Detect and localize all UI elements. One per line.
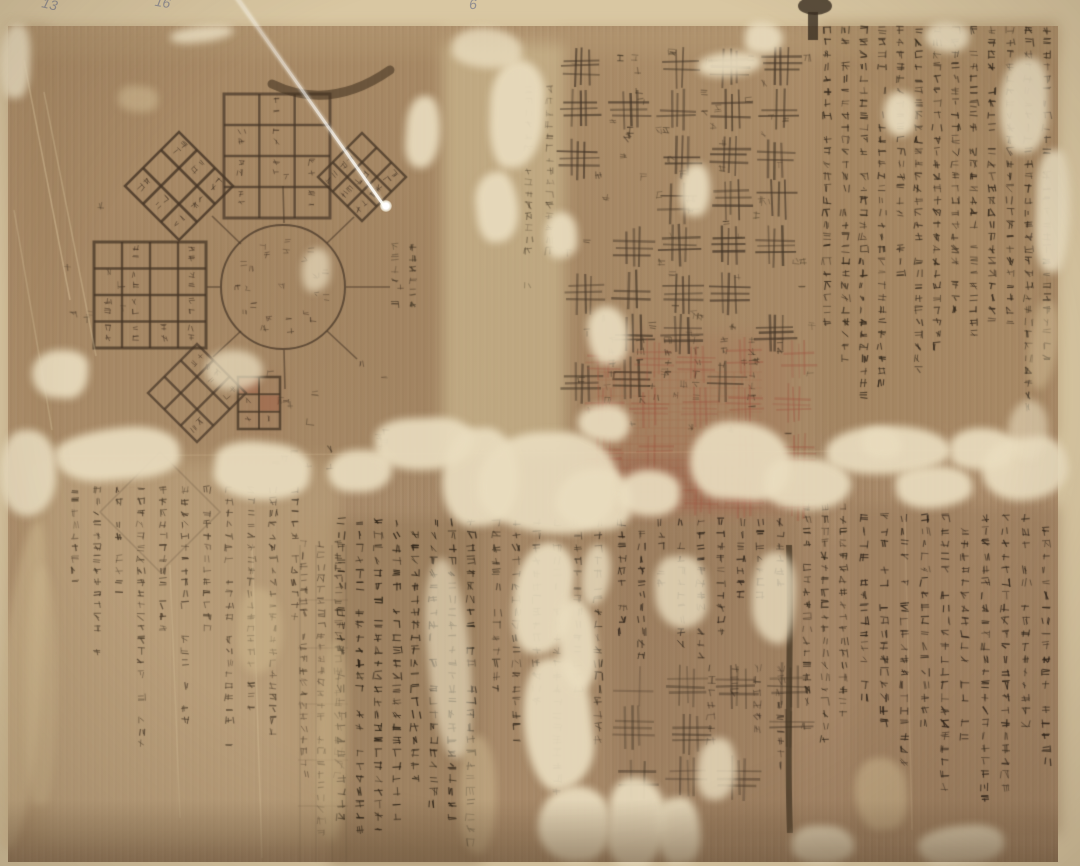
pointer-needle-tip <box>380 200 392 212</box>
manuscript-photograph: 13 16 6 <box>0 0 1080 866</box>
ink-layer <box>0 0 1080 866</box>
